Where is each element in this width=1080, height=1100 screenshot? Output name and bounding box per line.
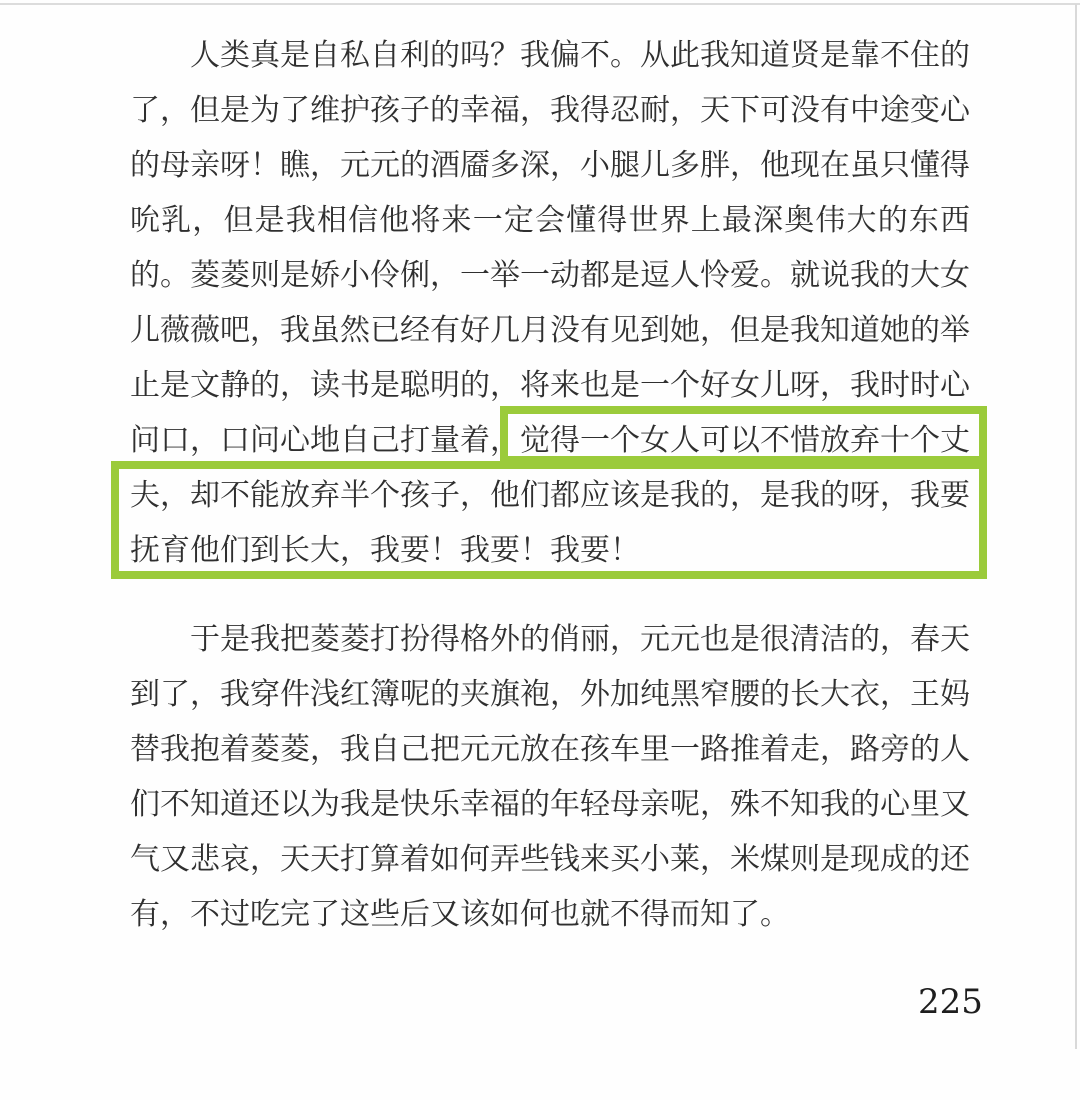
text-line: 抚育他们到长大，我要！我要！我要！ xyxy=(130,523,970,578)
text-line: 的。菱菱则是娇小伶俐，一举一动都是逗人怜爱。就说我的大女 xyxy=(130,248,970,303)
text-line: 有，不过吃完了这些后又该如何也就不得而知了。 xyxy=(130,887,970,942)
text-line: 夫，却不能放弃半个孩子，他们都应该是我的，是我的呀，我要 xyxy=(130,468,970,523)
text-line: 人类真是自私自利的吗？我偏不。从此我知道贤是靠不住的 xyxy=(130,28,970,83)
page-number: 225 xyxy=(918,982,983,1022)
scan-edge-right xyxy=(1075,4,1077,1049)
text-line: 吮乳，但是我相信他将来一定会懂得世界上最深奥伟大的东西 xyxy=(130,193,970,248)
text-line: 止是文静的，读书是聪明的，将来也是一个好女儿呀，我时时心 xyxy=(130,358,970,413)
text-line: 替我抱着菱菱，我自己把元元放在孩车里一路推着走，路旁的人 xyxy=(130,722,970,777)
text-line: 气又悲哀，天天打算着如何弄些钱来买小莱，米煤则是现成的还 xyxy=(130,832,970,887)
text-line: 们不知道还以为我是快乐幸福的年轻母亲呢，殊不知我的心里又 xyxy=(130,777,970,832)
text-line: 问口，口问心地自己打量着，觉得一个女人可以不惜放弃十个丈 xyxy=(130,413,970,468)
text-line: 的母亲呀！瞧，元元的酒靥多深，小腿儿多胖，他现在虽只懂得 xyxy=(130,138,970,193)
paragraph-1: 人类真是自私自利的吗？我偏不。从此我知道贤是靠不住的 了，但是为了维护孩子的幸福… xyxy=(130,28,970,578)
text-line: 于是我把菱菱打扮得格外的俏丽，元元也是很清洁的，春天 xyxy=(130,612,970,667)
paragraph-2: 于是我把菱菱打扮得格外的俏丽，元元也是很清洁的，春天 到了，我穿件浅红簿呢的夹旗… xyxy=(130,612,970,942)
text-line: 了，但是为了维护孩子的幸福，我得忍耐，天下可没有中途变心 xyxy=(130,83,970,138)
text-line: 到了，我穿件浅红簿呢的夹旗袍，外加纯黑窄腰的长大衣，王妈 xyxy=(130,667,970,722)
scan-edge-top xyxy=(0,3,1080,5)
text-line: 儿薇薇吧，我虽然已经有好几月没有见到她，但是我知道她的举 xyxy=(130,303,970,358)
book-page-scan: 人类真是自私自利的吗？我偏不。从此我知道贤是靠不住的 了，但是为了维护孩子的幸福… xyxy=(0,0,1080,1100)
